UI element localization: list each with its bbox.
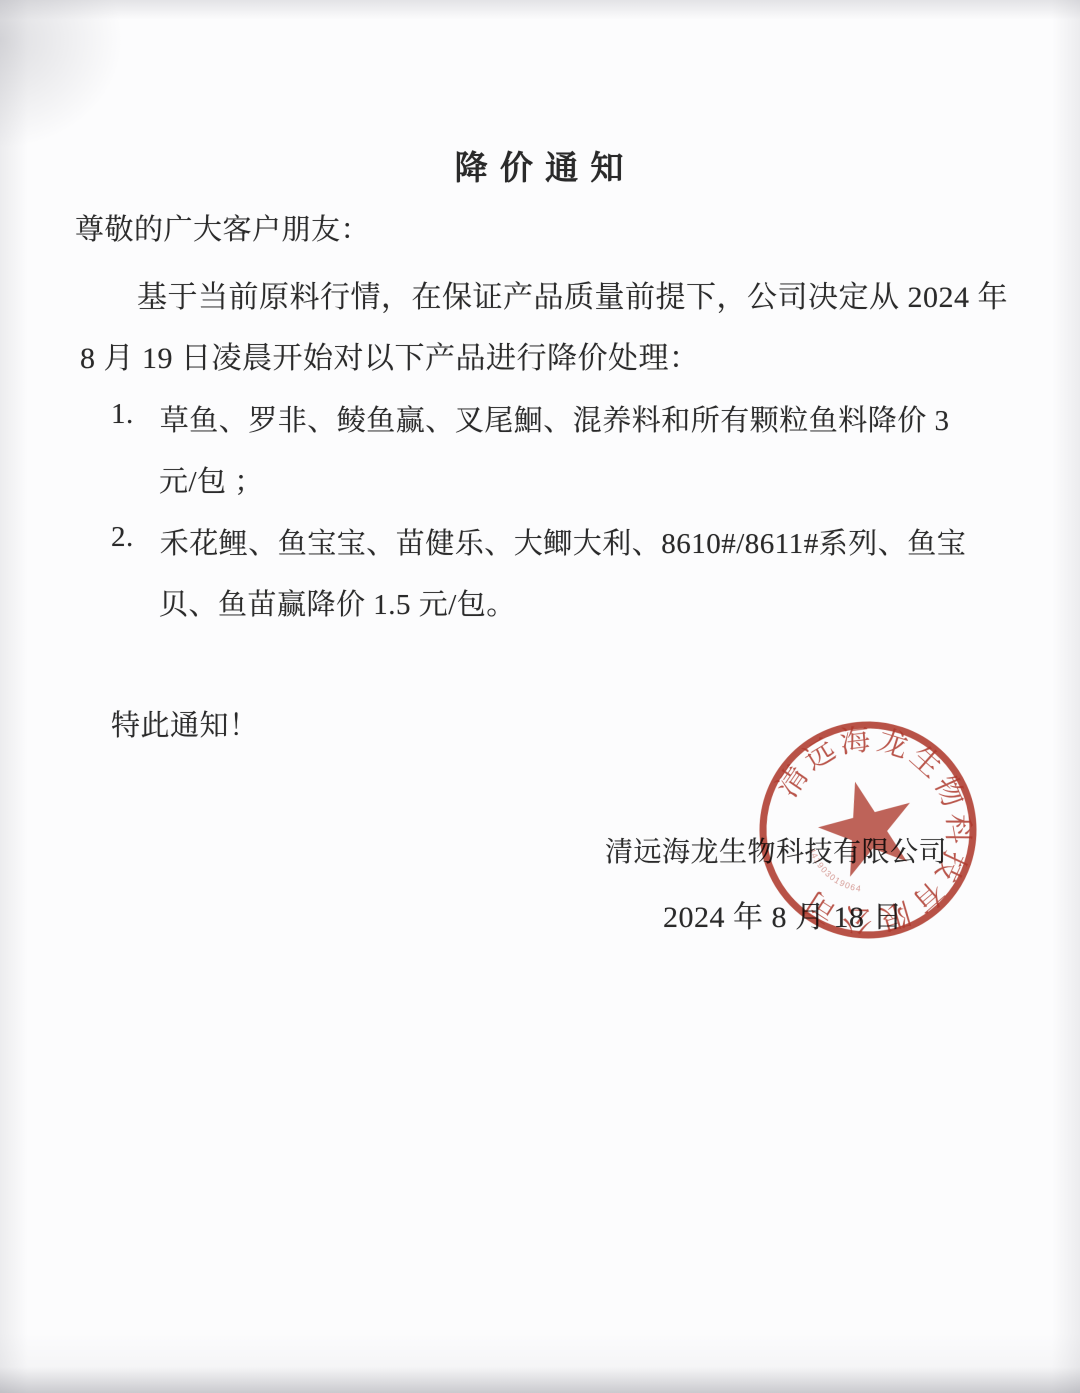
intro-line-2: 8 月 19 日凌晨开始对以下产品进行降价处理： bbox=[80, 333, 700, 377]
list-item-1-text: 草鱼、罗非、鲮鱼赢、叉尾鮰、混养料和所有颗粒鱼料降价 3 bbox=[160, 398, 950, 439]
list-item-2-continuation: 贝、鱼苗赢降价 1.5 元/包。 bbox=[159, 582, 516, 623]
list-item-2-text: 禾花鲤、鱼宝宝、苗健乐、大鲫大利、8610#/8611#系列、鱼宝 bbox=[160, 521, 966, 562]
list-item-1-number: 1. bbox=[111, 398, 134, 439]
document-page: 降 价 通 知 尊敬的广大客户朋友： 基于当前原料行情，在保证产品质量前提下，公… bbox=[0, 0, 1080, 1393]
salutation: 尊敬的广大客户朋友： bbox=[75, 207, 370, 248]
notice-title: 降 价 通 知 bbox=[0, 142, 1080, 189]
list-item-1: 1. 草鱼、罗非、鲮鱼赢、叉尾鮰、混养料和所有颗粒鱼料降价 3 bbox=[111, 398, 950, 439]
intro-line-1: 基于当前原料行情，在保证产品质量前提下，公司决定从 2024 年 bbox=[137, 272, 1008, 316]
closing-statement: 特此通知！ bbox=[111, 703, 259, 744]
list-item-2-number: 2. bbox=[111, 521, 134, 562]
list-item-2: 2. 禾花鲤、鱼宝宝、苗健乐、大鲫大利、8610#/8611#系列、鱼宝 bbox=[111, 521, 966, 562]
list-item-1-continuation: 元/包 ； bbox=[159, 459, 264, 500]
company-seal: 清远海龙生物科技有限公司 4419030190641 bbox=[742, 704, 994, 956]
